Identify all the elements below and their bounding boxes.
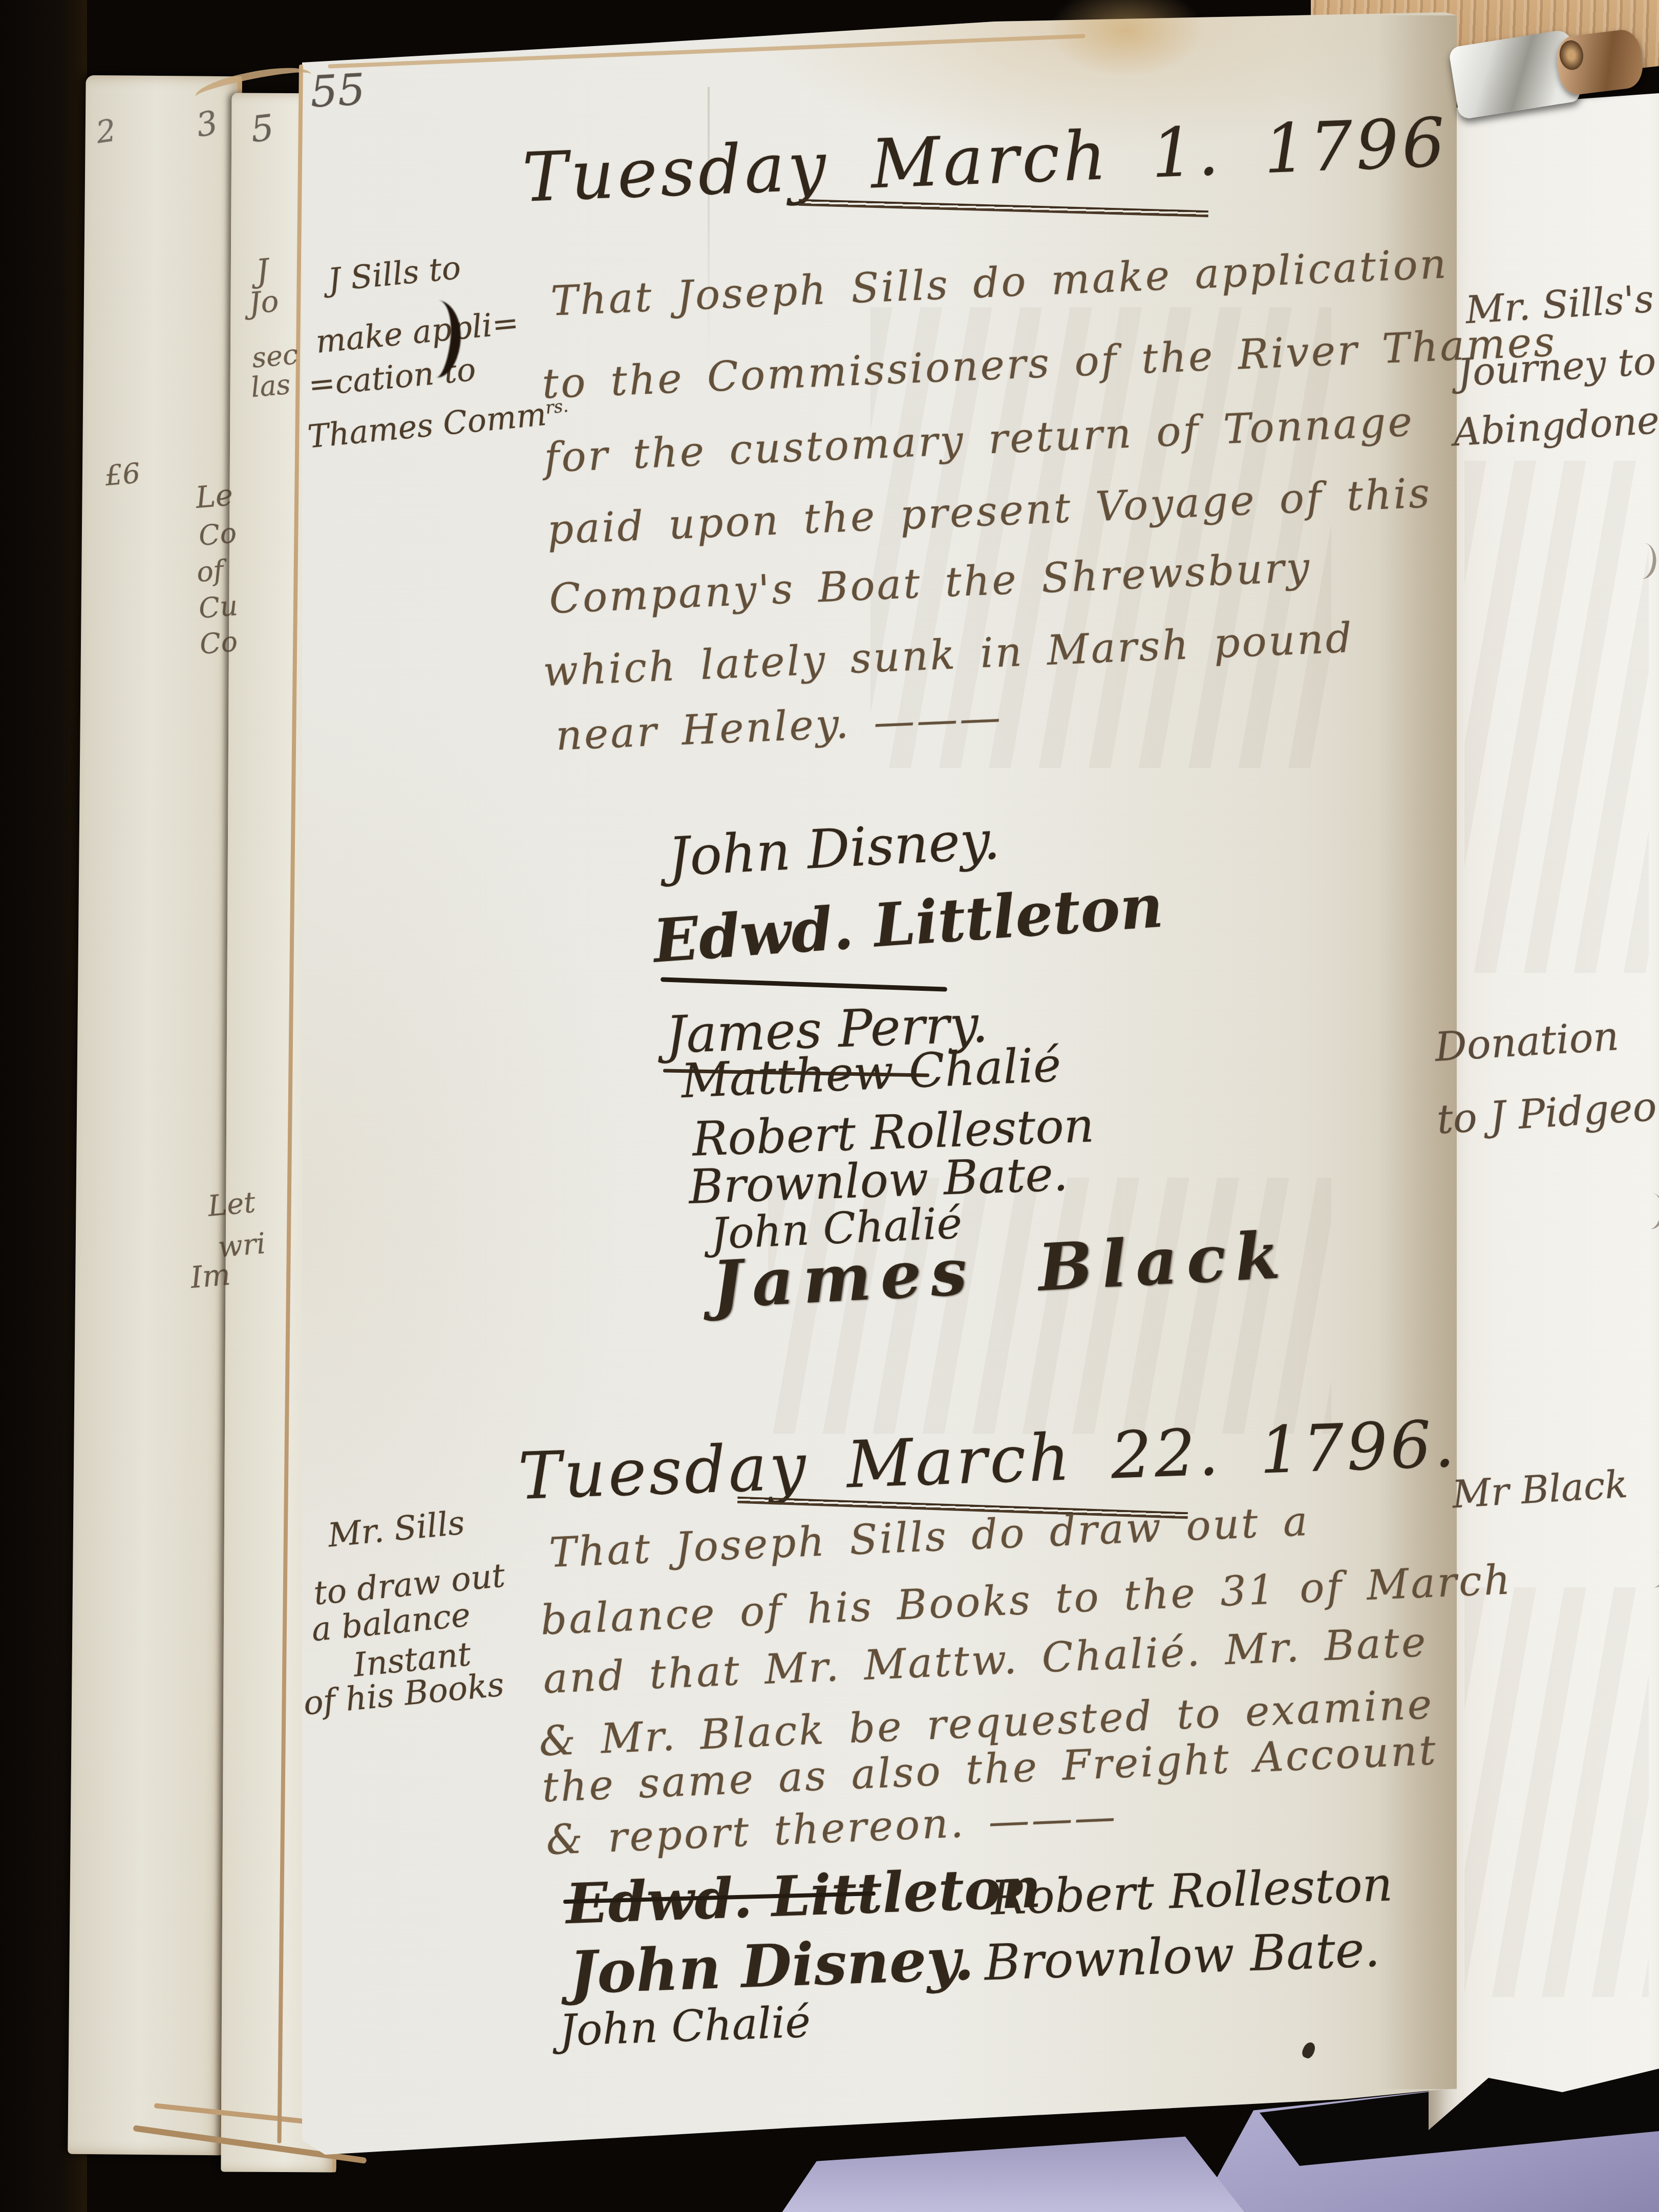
text-fragment: Co <box>198 625 239 661</box>
lavender-cloth-bottom <box>753 2130 1244 2212</box>
rolled-paper-clip <box>1555 28 1646 96</box>
signature: John Chalié <box>558 1996 811 2055</box>
text-fragment: Co <box>197 517 238 552</box>
minute-book-photograph: 2 3 5 £6 Le Co of Cu Co J Jo sec las Let… <box>0 0 1659 2212</box>
signature: John Disney. <box>568 1924 975 2007</box>
text-fragment: Cu <box>197 589 239 625</box>
underpage-edge-outer <box>68 75 242 2156</box>
text-fragment: las <box>249 368 291 403</box>
text-fragment: Let <box>206 1186 257 1223</box>
text-fragment: of <box>195 554 225 588</box>
text-fragment: £6 <box>103 457 141 492</box>
text-fragment: Im <box>189 1257 232 1295</box>
ink-showthrough <box>1464 1587 1649 1997</box>
paper-crease <box>708 87 710 364</box>
underpage-number: 5 <box>249 107 276 151</box>
page-number: 55 <box>309 64 367 117</box>
ink-showthrough <box>1464 461 1649 973</box>
text-fragment: Le <box>194 477 234 515</box>
text-fragment: Jo <box>247 284 280 321</box>
